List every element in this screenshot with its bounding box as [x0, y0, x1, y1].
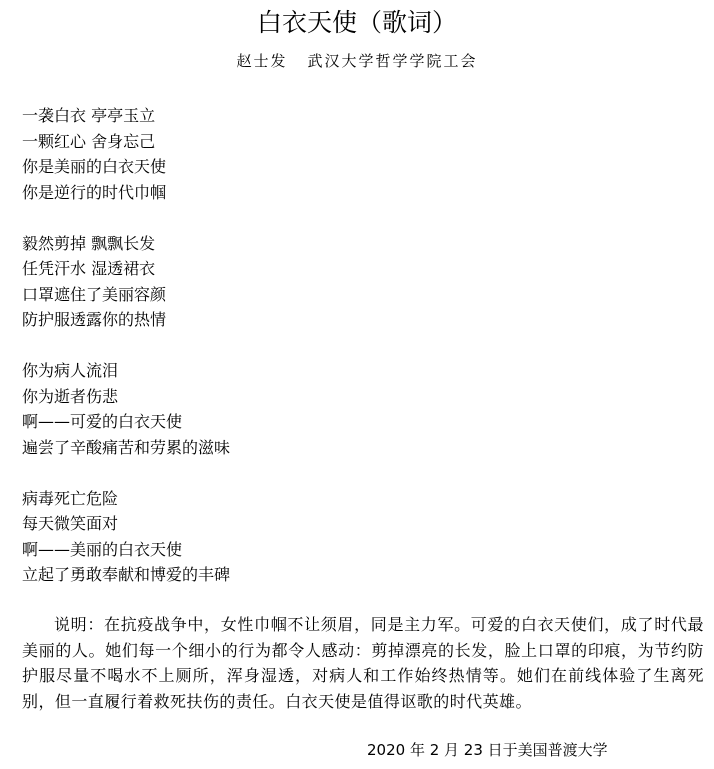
- lyric-line: 你是美丽的白衣天使: [22, 154, 682, 180]
- lyric-line: 每天微笑面对: [22, 511, 682, 537]
- lyric-line: 遍尝了辛酸痛苦和劳累的滋味: [22, 435, 682, 461]
- lyric-line: 你是逆行的时代巾帼: [22, 180, 682, 206]
- author-name: 赵士发: [236, 52, 287, 70]
- lyric-line: 一颗红心 舍身忘己: [22, 129, 682, 155]
- author-affiliation: 武汉大学哲学学院工会: [308, 52, 478, 70]
- stanza-1: 一袭白衣 亭亭玉立 一颗红心 舍身忘己 你是美丽的白衣天使 你是逆行的时代巾帼: [22, 103, 682, 205]
- date-location-line: 2020 年 2 月 23 日于美国普渡大学: [367, 738, 608, 762]
- lyric-line: 口罩遮住了美丽容颜: [22, 282, 682, 308]
- lyric-line: 病毒死亡危险: [22, 486, 682, 512]
- lyric-line: 毅然剪掉 飘飘长发: [22, 231, 682, 257]
- page-title: 白衣天使（歌词）: [0, 6, 714, 40]
- lyric-line: 一袭白衣 亭亭玉立: [22, 103, 682, 129]
- lyric-line: 你为逝者伤悲: [22, 384, 682, 410]
- stanza-4: 病毒死亡危险 每天微笑面对 啊——美丽的白衣天使 立起了勇敢奉献和博爱的丰碑: [22, 486, 682, 588]
- lyric-line: 你为病人流泪: [22, 358, 682, 384]
- lyric-line: 啊——美丽的白衣天使: [22, 537, 682, 563]
- explanation-paragraph: 说明：在抗疫战争中，女性巾帼不让须眉，同是主力军。可爱的白衣天使们，成了时代最美…: [22, 612, 704, 714]
- lyrics-body: 一袭白衣 亭亭玉立 一颗红心 舍身忘己 你是美丽的白衣天使 你是逆行的时代巾帼 …: [22, 103, 682, 613]
- lyric-line: 任凭汗水 湿透裙衣: [22, 256, 682, 282]
- stanza-2: 毅然剪掉 飘飘长发 任凭汗水 湿透裙衣 口罩遮住了美丽容颜 防护服透露你的热情: [22, 231, 682, 333]
- lyric-line: 啊——可爱的白衣天使: [22, 409, 682, 435]
- lyric-line: 立起了勇敢奉献和博爱的丰碑: [22, 562, 682, 588]
- lyric-line: 防护服透露你的热情: [22, 307, 682, 333]
- stanza-3: 你为病人流泪 你为逝者伤悲 啊——可爱的白衣天使 遍尝了辛酸痛苦和劳累的滋味: [22, 358, 682, 460]
- byline: 赵士发武汉大学哲学学院工会: [0, 50, 714, 72]
